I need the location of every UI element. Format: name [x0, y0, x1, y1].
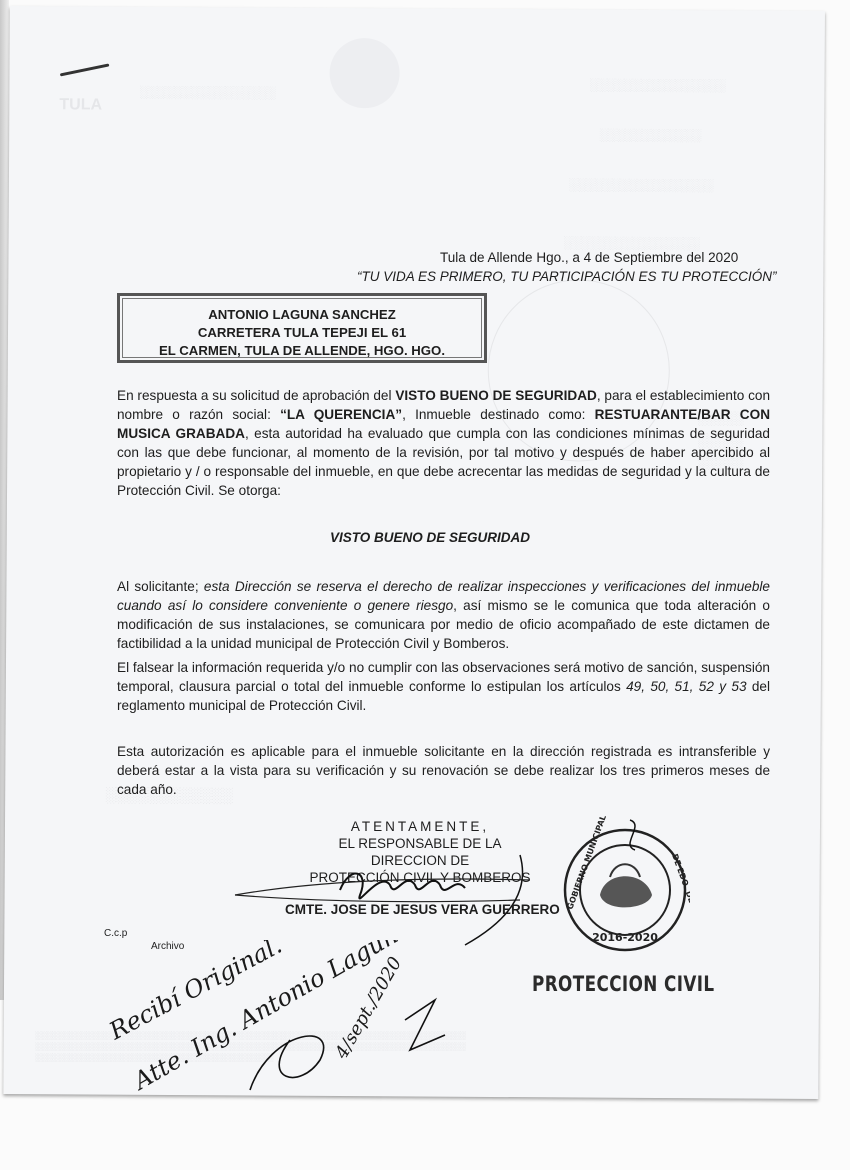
date-line: Tula de Allende Hgo., a 4 de Septiembre …	[440, 250, 738, 265]
bleed-through-text: ░░░░░░░░░░░░░░░░░	[569, 177, 714, 192]
svg-text:Atte. Ing. Antonio Laguna.: Atte. Ing. Antonio Laguna.	[127, 940, 421, 1096]
handwritten-receipt-note: Recibí Original. Atte. Ing. Antonio Lagu…	[100, 940, 480, 1100]
signer-name: CMTE. JOSE DE JESUS VERA GUERRERO	[285, 902, 560, 917]
recipient-name: ANTONIO LAGUNA SANCHEZ	[120, 306, 484, 324]
paragraph-inspections: Al solicitante; esta Dirección se reserv…	[117, 577, 770, 653]
ccp-label: C.c.p	[104, 928, 127, 939]
business-name: “LA QUERENCIA”	[280, 407, 402, 422]
paragraph-sanctions: El falsear la información requerida y/o …	[117, 658, 770, 715]
seal-label: PROTECCION CIVIL	[532, 972, 715, 996]
text: Al solicitante;	[117, 579, 204, 594]
bleed-through-text: ░░░░░░░░░░░░░░░░	[564, 235, 700, 250]
paragraph-request: En respuesta a su solicitud de aprobació…	[117, 386, 770, 500]
bleed-through-logo	[329, 38, 399, 108]
articles-list: 49, 50, 51, 52 y 53	[626, 679, 746, 694]
text: , Inmueble destinado como:	[402, 407, 595, 422]
text: En respuesta a su solicitud de aprobació…	[117, 388, 395, 403]
recipient-street: CARRETERA TULA TEPEJI EL 61	[120, 324, 484, 342]
recipient-city: EL CARMEN, TULA DE ALLENDE, HGO. HGO.	[120, 342, 484, 360]
salutation: ATENTAMENTE,	[300, 818, 540, 835]
bleed-through-footer: ░░░░░░░░░░░░░░░░░░░░░░░░░░░░░░░░░░░░░░░░…	[35, 1030, 795, 1063]
bleed-through-text: ░░░░░░░░░░░░░░░░	[589, 78, 725, 93]
svg-text:DE EDO. DE HGO.: DE EDO. DE HGO.	[670, 853, 690, 929]
bleed-through-text: TULA	[59, 96, 102, 114]
staple-mark	[60, 63, 110, 76]
motto: “TU VIDA ES PRIMERO, TU PARTICIPACIÓN ES…	[357, 269, 777, 284]
bleed-through-text: ░░░░░░░░░░░░	[599, 128, 701, 143]
recipient-address-box: ANTONIO LAGUNA SANCHEZ CARRETERA TULA TE…	[117, 293, 487, 363]
paragraph-validity: Esta autorización es aplicable para el i…	[117, 742, 770, 799]
granted-title: VISTO BUENO DE SEGURIDAD	[330, 530, 530, 545]
svg-text:2016-2020: 2016-2020	[592, 931, 658, 944]
permit-type: VISTO BUENO DE SEGURIDAD	[395, 388, 597, 403]
bleed-through-text: ░░░░░░░░░░░░░░░░	[139, 85, 275, 100]
official-seal: 2016-2020 GOBIERNO MUNICIPAL DE EDO. DE …	[560, 815, 690, 955]
